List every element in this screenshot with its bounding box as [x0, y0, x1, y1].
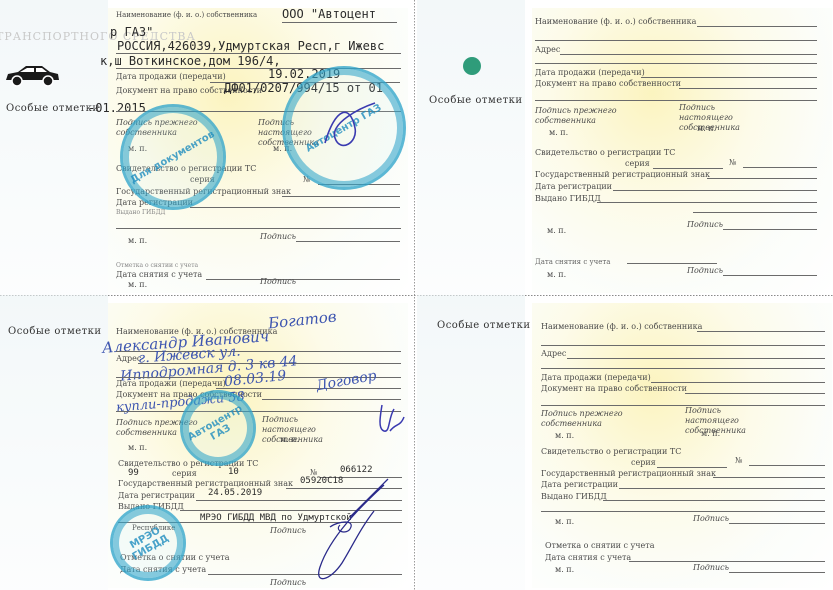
- deregistration-date-label: Дата снятия с учета: [116, 270, 202, 279]
- curr-owner-sign-label: Подпись настоящего собственника: [679, 103, 769, 133]
- series-label: серия: [631, 458, 656, 467]
- sale-date-label: Дата продажи (передачи): [541, 373, 651, 382]
- reg-date-value: 24.05.2019: [208, 488, 262, 498]
- prev-owner-sign-label: Подпись прежнего собственника: [535, 106, 625, 126]
- seal-label: м. п.: [547, 270, 566, 279]
- ownership-doc-label: Документ на право собственности: [541, 384, 687, 393]
- sale-date-label: Дата продажи (передачи): [116, 72, 226, 81]
- signature-label: Подпись: [687, 220, 723, 229]
- reg-date-label: Дата регистрации: [118, 491, 195, 500]
- panel-top-left: ТРАНСПОРТНОГО СРЕДСТВА Особые отметки -0…: [0, 0, 416, 295]
- curr-owner-sign-label: Подпись настоящего собственника: [262, 415, 352, 445]
- seal-label: м. п.: [280, 435, 299, 444]
- signature-label: Подпись: [687, 266, 723, 275]
- seal-label: м. п.: [701, 429, 720, 438]
- seal-label: м. п.: [128, 236, 147, 245]
- signature-scribble: [320, 98, 380, 158]
- signature-label: Подпись: [260, 277, 296, 286]
- owner-name-label: Наименование (ф. и. о.) собственника: [541, 322, 702, 331]
- deregistration-date-label: Дата снятия с учета: [545, 553, 631, 562]
- car-icon: [4, 62, 60, 88]
- reg-series-value: 10: [228, 467, 239, 477]
- seal-label: м. п.: [555, 431, 574, 440]
- reg-date-label: Дата регистрации: [541, 480, 618, 489]
- signature-label: Подпись: [260, 232, 296, 241]
- owner-name-label: Наименование (ф. и. о.) собственника: [116, 11, 257, 19]
- issued-by-label: Выдано ГИБДД: [535, 194, 601, 203]
- owner-name-label: Наименование (ф. и. о.) собственника: [535, 17, 696, 26]
- special-marks-label: Особые отметки: [437, 320, 531, 331]
- number-label: №: [729, 158, 737, 167]
- deregistration-mark-label: Отметка о снятии с учета: [116, 262, 198, 269]
- reg-number-value: 066122: [340, 465, 373, 475]
- special-marks-label: Особые отметки: [429, 95, 523, 106]
- prev-owner-sign-label: Подпись прежнего собственника: [541, 409, 631, 429]
- seal-label: м. п.: [128, 443, 147, 452]
- reg-certificate-label: Свидетельство о регистрации ТС: [535, 148, 675, 157]
- sale-date-label: Дата продажи (передачи): [116, 379, 226, 388]
- issued-by-label: Выдано ГИБДД: [541, 492, 607, 501]
- seal-label: м. п.: [555, 565, 574, 574]
- seal-label: м. п.: [547, 226, 566, 235]
- number-label: №: [735, 456, 743, 465]
- reg-date-label: Дата регистрации: [535, 182, 612, 191]
- plate-label: Государственный регистрационный знак: [535, 170, 710, 179]
- special-marks-label: Особые отметки: [8, 326, 102, 337]
- series-label: серия: [172, 469, 197, 478]
- deregistration-mark-label: Отметка о снятии с учета: [545, 541, 654, 550]
- stamp-documents: Для документов: [120, 104, 226, 210]
- address-label: Адрес: [535, 45, 560, 54]
- owner-name-value-cont: р ГАЗ": [110, 25, 153, 39]
- reg-series-prefix: 99: [128, 468, 139, 478]
- deregistration-date-label: Дата снятия с учета: [535, 258, 610, 266]
- hole-punch-dot: [463, 57, 481, 75]
- panel-bottom-right: Особые отметки Наименование (ф. и. о.) с…: [417, 295, 833, 590]
- seal-label: м. п.: [697, 124, 716, 133]
- panel-bottom-left: Особые отметки Наименование (ф. и. о.) с…: [0, 295, 416, 590]
- issued-by-label: Выдано ГИБДД: [116, 209, 165, 216]
- signature-label: Подпись: [693, 563, 729, 572]
- seal-label: м. п.: [555, 517, 574, 526]
- ownership-doc-cont: -01.2015: [88, 101, 146, 115]
- curr-owner-sign-label: Подпись настоящего собственника: [685, 406, 775, 436]
- stamp-avtocentr-gaz: Автоцентр ГАЗ: [180, 390, 256, 466]
- sale-date-label: Дата продажи (передачи): [535, 68, 645, 77]
- panel-top-right: Особые отметки Наименование (ф. и. о.) с…: [417, 0, 833, 295]
- address-label: Адрес: [541, 349, 566, 358]
- seal-label: м. п.: [549, 128, 568, 137]
- address-value-2: к,ш Воткинское,дом 196/4,: [100, 54, 281, 68]
- ownership-doc-label: Документ на право собственности: [535, 79, 681, 88]
- owner-signature: [376, 403, 410, 437]
- owner-name-value: ООО "Автоцент: [282, 7, 376, 21]
- signature-label: Подпись: [693, 514, 729, 523]
- series-label: серия: [625, 159, 650, 168]
- address-value-1: РОССИЯ,426039,Удмуртская Респ,г Ижевс: [117, 39, 384, 53]
- plate-label: Государственный регистрационный знак: [118, 479, 293, 488]
- seal-label: м. п.: [128, 280, 147, 289]
- plate-label: Государственный регистрационный знак: [541, 469, 716, 478]
- inspector-signature: [290, 477, 390, 587]
- stamp-mreo-gibdd: МРЭО ГИБДД: [110, 505, 186, 581]
- reg-certificate-label: Свидетельство о регистрации ТС: [541, 447, 681, 456]
- special-marks-label: Особые отметки: [6, 103, 100, 114]
